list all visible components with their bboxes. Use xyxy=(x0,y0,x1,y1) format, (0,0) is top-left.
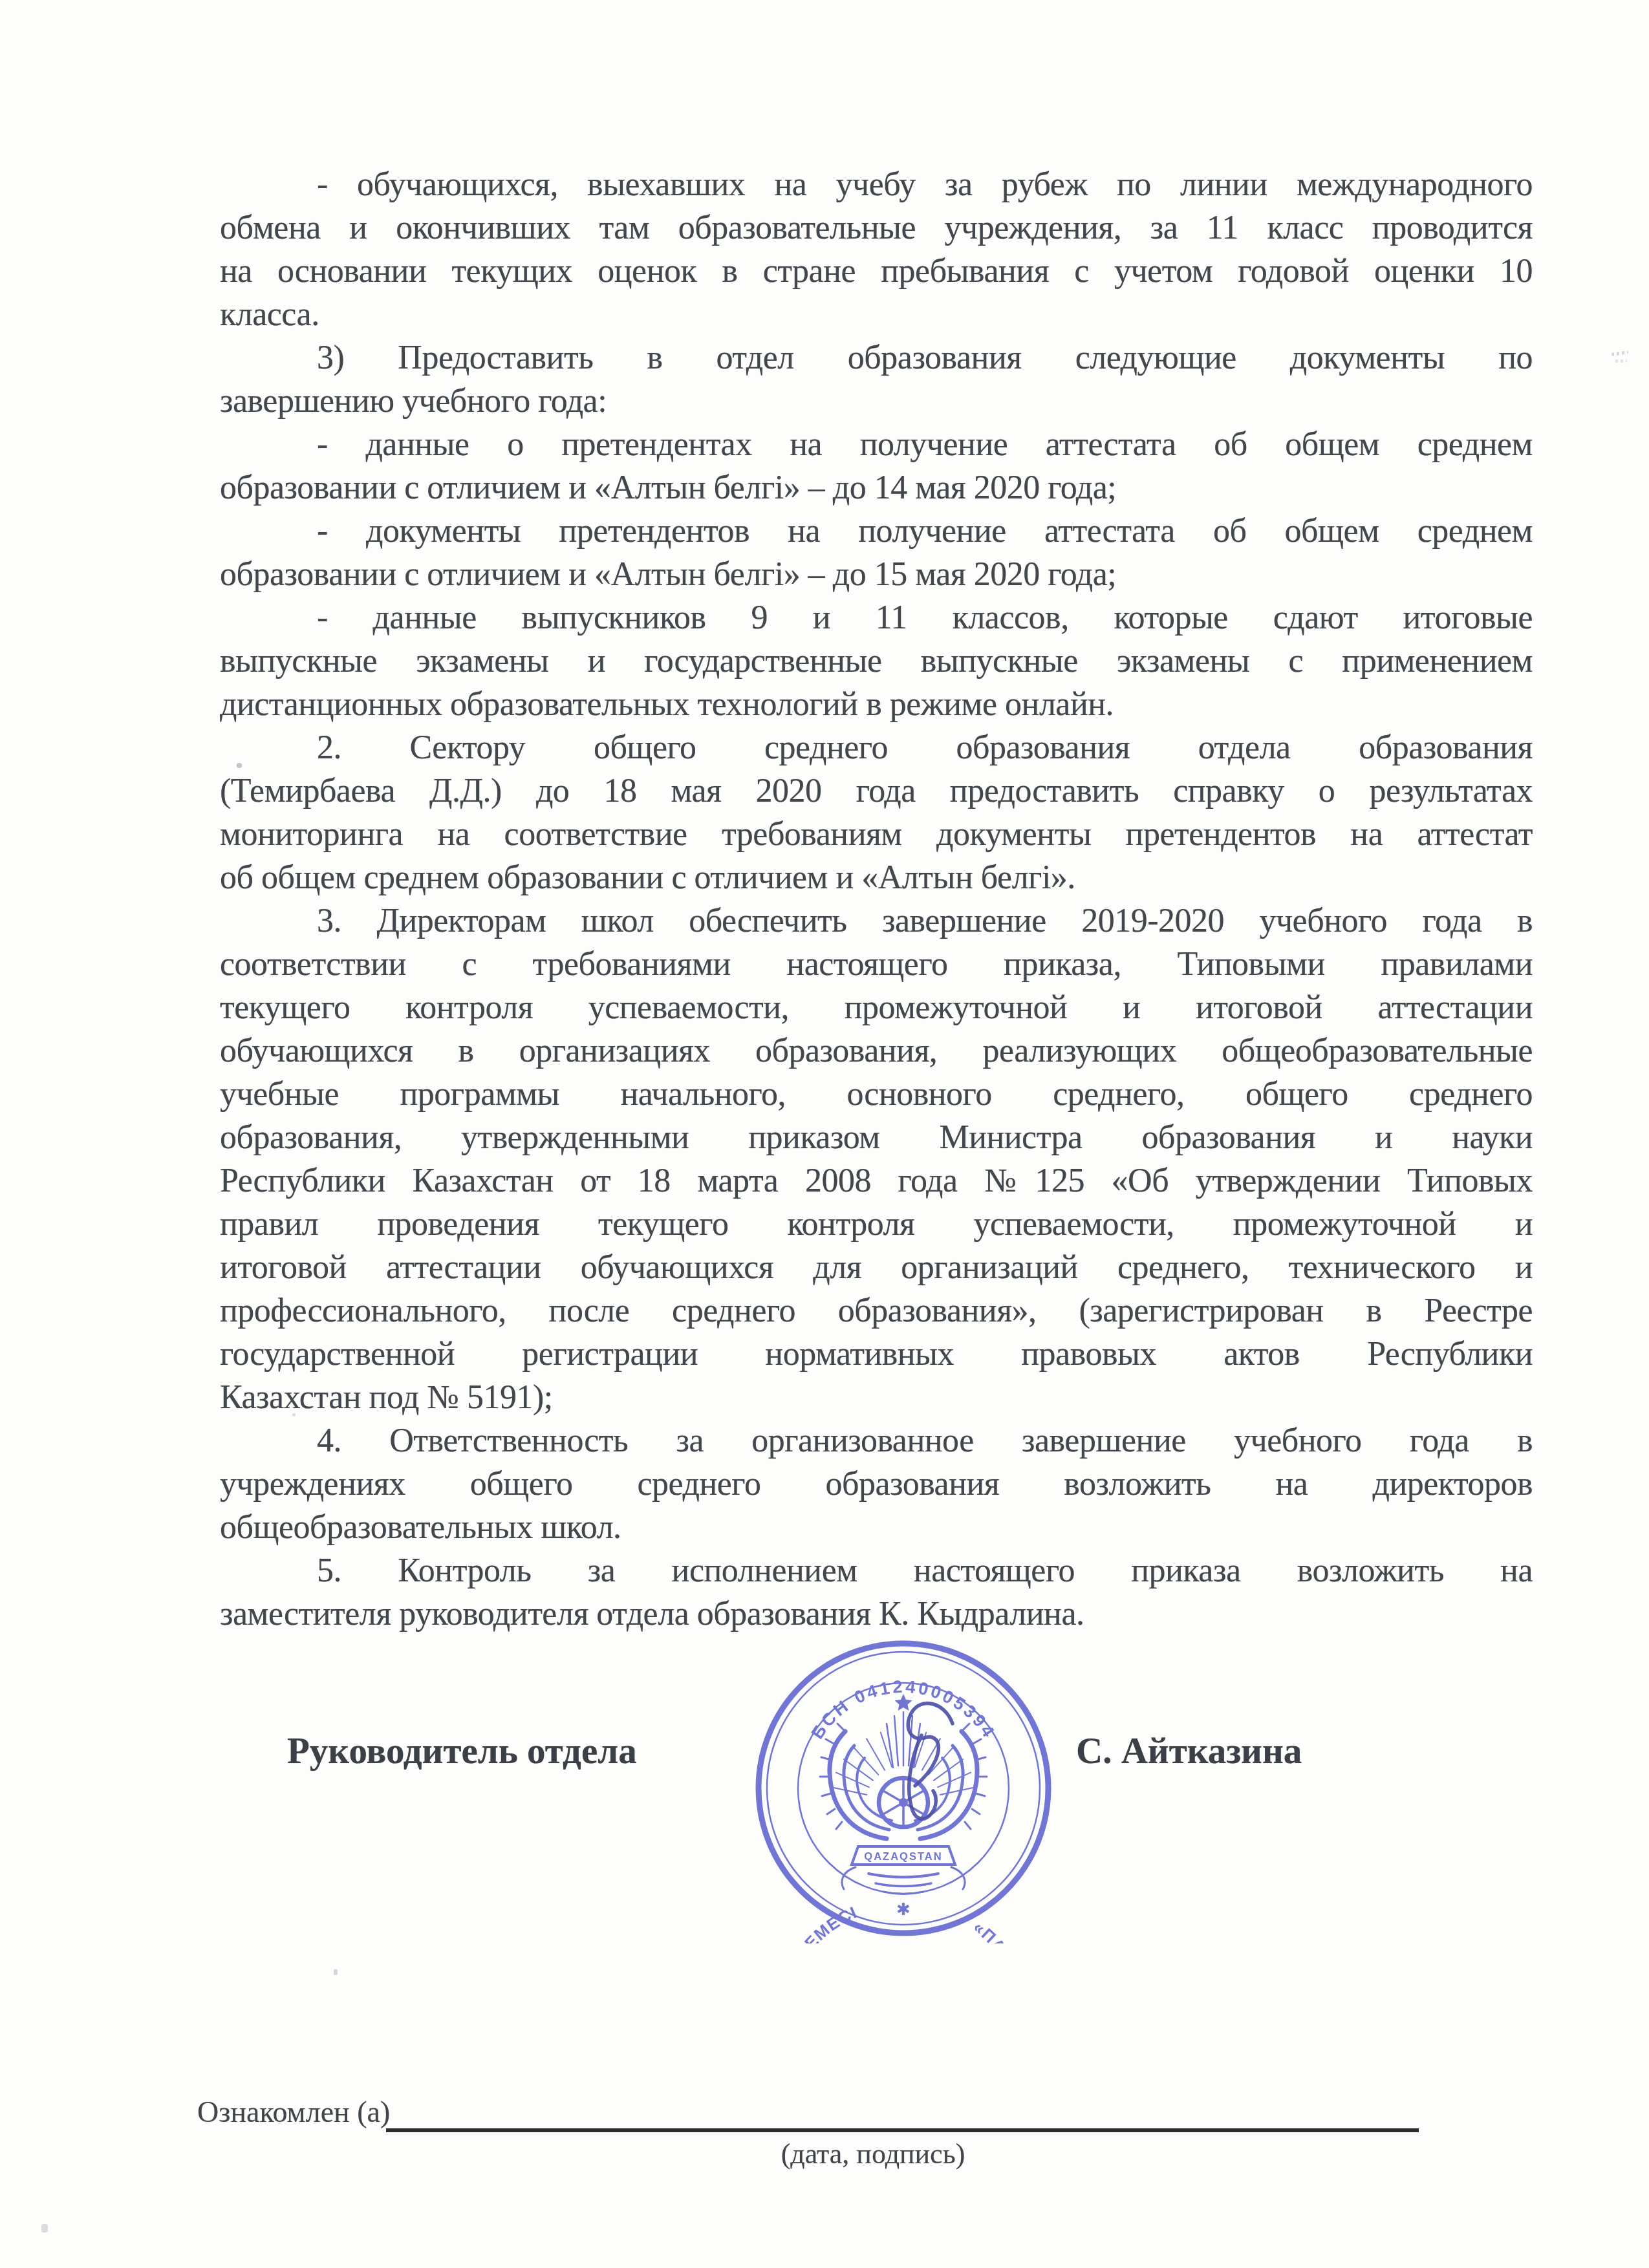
scan-artifact xyxy=(1611,350,1628,356)
text-line: образовании с отличием и «Алтын белгі» –… xyxy=(220,466,1533,509)
text-line: - документы претендентов на получение ат… xyxy=(220,509,1533,553)
coat-of-arms-icon xyxy=(820,1694,987,1894)
scan-artifact xyxy=(41,2224,48,2232)
scan-artifact xyxy=(237,763,242,768)
text-line: обмена и окончивших там образовательные … xyxy=(220,206,1533,250)
signer-name: С. Айтказина xyxy=(1076,1730,1302,1772)
text-line: класса. xyxy=(220,293,1533,336)
document-body: - обучающихся, выехавших на учебу за руб… xyxy=(220,163,1533,1636)
text-line: мониторинга на соответствие требованиям … xyxy=(220,813,1533,856)
signer-role: Руководитель отдела xyxy=(287,1730,637,1772)
text-line: соответствии с требованиями настоящего п… xyxy=(220,943,1533,986)
acknowledgment-caption: (дата, подпись) xyxy=(731,2137,1015,2170)
text-line: - данные выпускников 9 и 11 классов, кот… xyxy=(220,596,1533,639)
text-line: обучающихся в организациях образования, … xyxy=(220,1029,1533,1073)
text-line: заместителя руководителя отдела образова… xyxy=(220,1592,1533,1636)
wing-icon xyxy=(820,1724,892,1839)
text-line: дистанционных образовательных технологий… xyxy=(220,683,1533,726)
text-line: 3. Директорам школ обеспечить завершение… xyxy=(220,899,1533,943)
scan-artifact xyxy=(1615,359,1627,363)
text-line: 5. Контроль за исполнением настоящего пр… xyxy=(220,1549,1533,1592)
text-line: государственной регистрации нормативных … xyxy=(220,1332,1533,1376)
text-line: образовании с отличием и «Алтын белгі» –… xyxy=(220,553,1533,596)
text-line: об общем среднем образовании с отличием … xyxy=(220,856,1533,899)
text-line: правил проведения текущего контроля успе… xyxy=(220,1203,1533,1246)
text-line: Казахстан под № 5191); xyxy=(220,1376,1533,1419)
text-line: выпускные экзамены и государственные вып… xyxy=(220,639,1533,683)
acknowledgment-label: Ознакомлен (а) xyxy=(197,2095,390,2129)
text-line: учебные программы начального, основного … xyxy=(220,1073,1533,1116)
text-line: Республики Казахстан от 18 марта 2008 го… xyxy=(220,1159,1533,1203)
official-stamp: ЖАУАПКЕРШІЛІГІ ШЕКТЕУЛІ СЕРІКТЕСТІГІ «ДО… xyxy=(748,1633,1059,1943)
text-line: итоговой аттестации обучающихся для орга… xyxy=(220,1246,1533,1289)
text-line: завершению учебного года: xyxy=(220,380,1533,423)
text-line: на основании текущих оценок в стране пре… xyxy=(220,250,1533,293)
text-line: учреждениях общего среднего образования … xyxy=(220,1462,1533,1506)
text-line: 3) Предоставить в отдел образования след… xyxy=(220,336,1533,380)
text-line: (Темирбаева Д.Д.) до 18 мая 2020 года пр… xyxy=(220,769,1533,813)
scan-artifact xyxy=(277,1404,279,1407)
text-line: 2. Сектору общего среднего образования о… xyxy=(220,726,1533,769)
stamp-star-separator: ✱ xyxy=(896,1899,911,1919)
text-line: профессионального, после среднего образо… xyxy=(220,1289,1533,1332)
text-line: текущего контроля успеваемости, промежут… xyxy=(220,986,1533,1029)
text-line: 4. Ответственность за организованное зав… xyxy=(220,1419,1533,1462)
text-line: общеобразовательных школ. xyxy=(220,1506,1533,1549)
stamp-banner-text: QAZAQSTAN xyxy=(864,1851,942,1863)
text-line: образования, утвержденными приказом Мини… xyxy=(220,1116,1533,1159)
text-line: - обучающихся, выехавших на учебу за руб… xyxy=(220,163,1533,206)
scanned-document-page: - обучающихся, выехавших на учебу за руб… xyxy=(0,0,1649,2268)
acknowledgment-blank-line xyxy=(386,2093,1419,2132)
text-line: - данные о претендентах на получение атт… xyxy=(220,423,1533,466)
scan-artifact xyxy=(334,1969,338,1975)
scan-artifact xyxy=(292,1413,296,1417)
